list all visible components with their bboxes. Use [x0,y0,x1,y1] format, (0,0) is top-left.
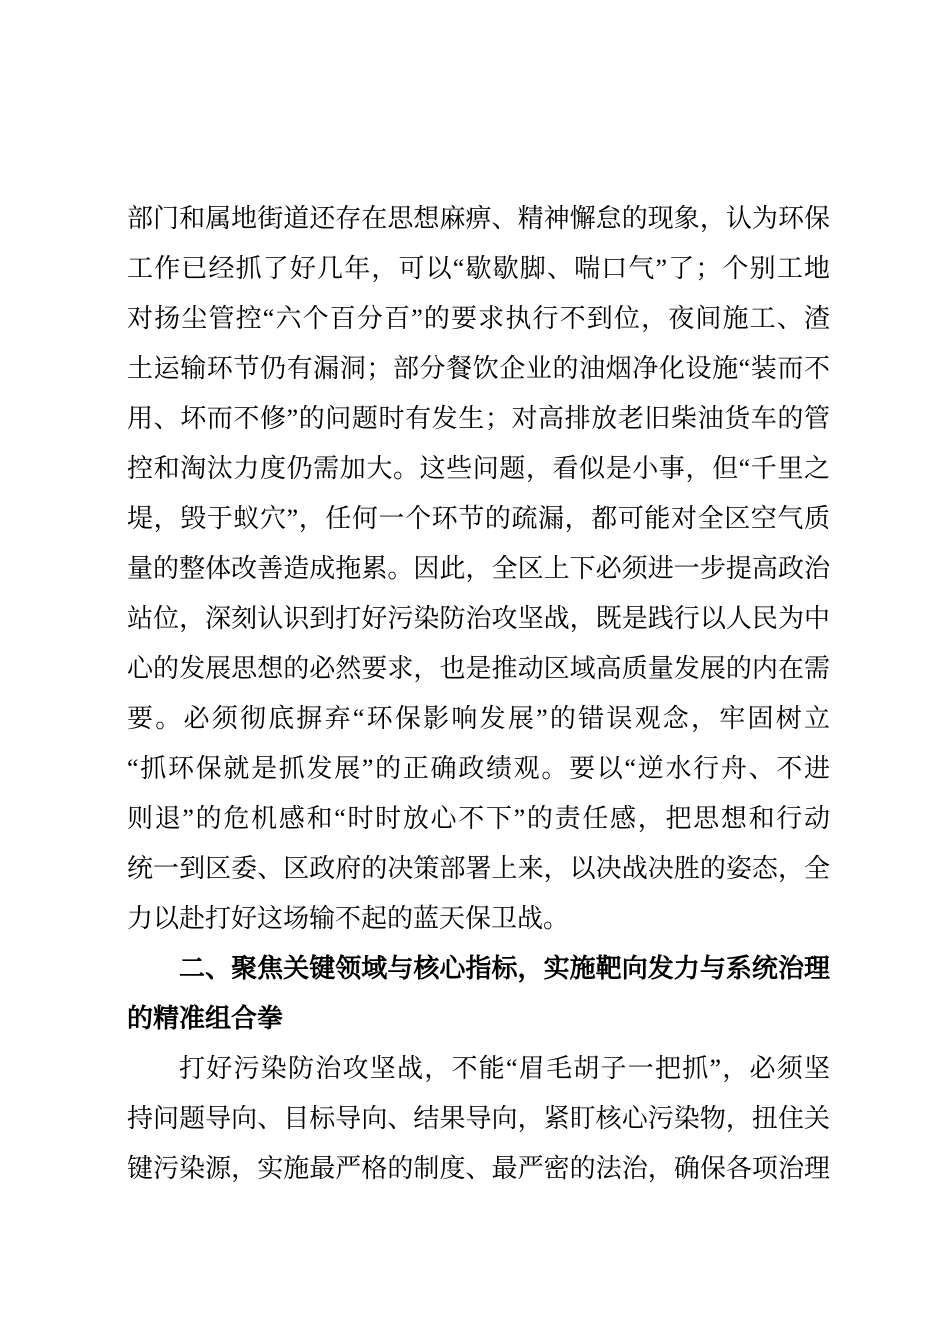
paragraph-continuation: 部门和属地街道还存在思想麻痹、精神懈怠的现象，认为环保 工作已经抓了好几年，可以… [127,194,830,944]
text-line: 要。必须彻底摒弃“环保影响发展”的错误观念，牢固树立 [127,694,830,744]
text-line: 则退”的危机感和“时时放心不下”的责任感，把思想和行动 [127,794,830,844]
text-line: 工作已经抓了好几年，可以“歇歇脚、喘口气”了；个别工地 [127,244,830,294]
text-line: 心的发展思想的必然要求，也是推动区域高质量发展的内在需 [127,644,830,694]
text-line: 键污染源，实施最严格的制度、最严密的法治，确保各项治理 [127,1144,830,1194]
text-line: 土运输环节仍有漏洞；部分餐饮企业的油烟净化设施“装而不 [127,344,830,394]
text-line: 对扬尘管控“六个百分百”的要求执行不到位，夜间施工、渣 [127,294,830,344]
heading-line: 二、聚焦关键领域与核心指标，实施靶向发力与系统治理 [127,944,830,994]
document-page: 部门和属地街道还存在思想麻痹、精神懈怠的现象，认为环保 工作已经抓了好几年，可以… [0,0,950,1344]
text-line: 部门和属地街道还存在思想麻痹、精神懈怠的现象，认为环保 [127,194,830,244]
text-line: 控和淘汰力度仍需加大。这些问题，看似是小事，但“千里之 [127,444,830,494]
text-line: 持问题导向、目标导向、结果导向，紧盯核心污染物，扭住关 [127,1094,830,1144]
text-line: 力以赴打好这场输不起的蓝天保卫战。 [127,894,830,944]
text-line: 量的整体改善造成拖累。因此，全区上下必须进一步提高政治 [127,544,830,594]
paragraph-2: 打好污染防治攻坚战，不能“眉毛胡子一把抓”，必须坚 持问题导向、目标导向、结果导… [127,1044,830,1194]
text-line: 统一到区委、区政府的决策部署上来，以决战决胜的姿态，全 [127,844,830,894]
text-line: 堤，毁于蚁穴”，任何一个环节的疏漏，都可能对全区空气质 [127,494,830,544]
text-line: 站位，深刻认识到打好污染防治攻坚战，既是践行以人民为中 [127,594,830,644]
text-line: 用、坏而不修”的问题时有发生；对高排放老旧柴油货车的管 [127,394,830,444]
document-text-block: 部门和属地街道还存在思想麻痹、精神懈怠的现象，认为环保 工作已经抓了好几年，可以… [127,194,830,1194]
text-line: “抓环保就是抓发展”的正确政绩观。要以“逆水行舟、不进 [127,744,830,794]
text-line: 打好污染防治攻坚战，不能“眉毛胡子一把抓”，必须坚 [127,1044,830,1094]
section-heading: 二、聚焦关键领域与核心指标，实施靶向发力与系统治理 的精准组合拳 [127,944,830,1044]
heading-line: 的精准组合拳 [127,994,830,1044]
